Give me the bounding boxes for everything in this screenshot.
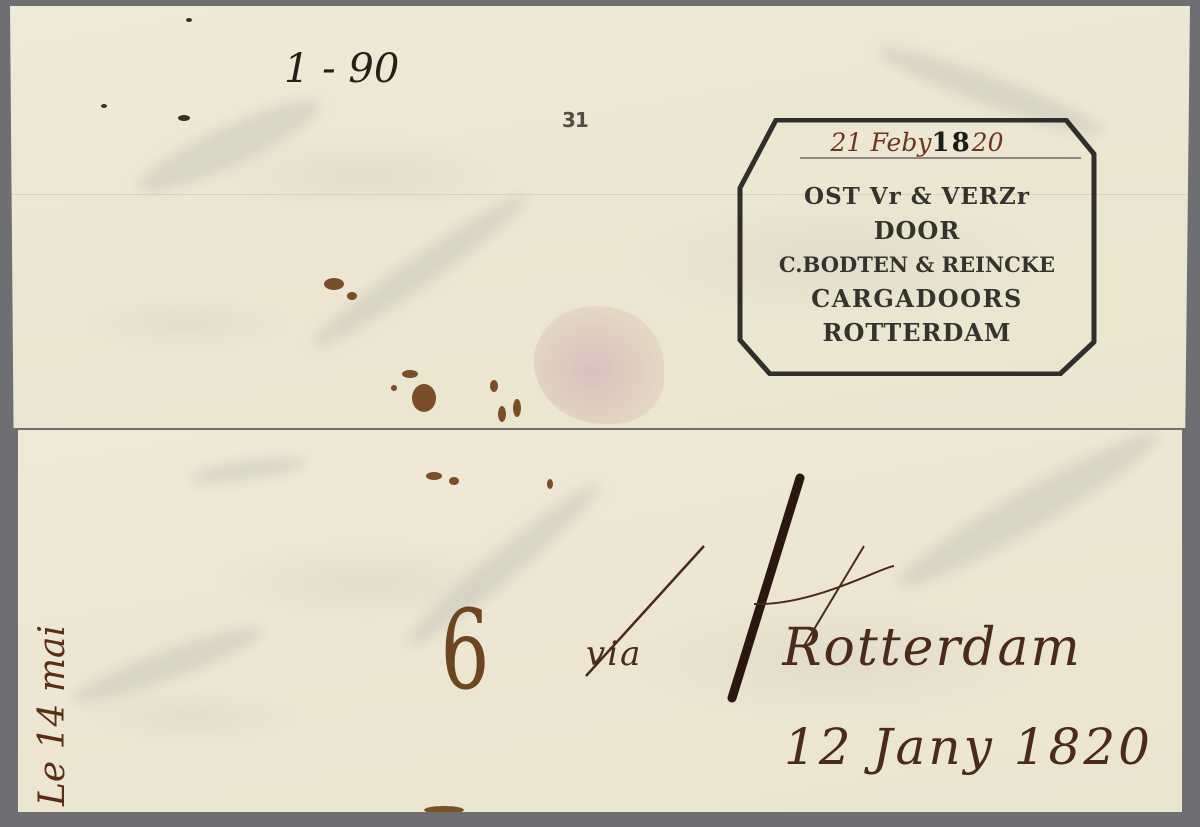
routing-city: Rotterdam xyxy=(782,618,1081,678)
routing-prefix: via xyxy=(586,634,642,674)
cachet-line: CARGADOORS xyxy=(736,282,1098,316)
docketing-note: Le 14 mai xyxy=(32,625,73,806)
manuscript-date: 12 Jany 1820 xyxy=(784,718,1153,776)
cachet-date: 21 Feby1820 xyxy=(736,128,1098,158)
forwarding-agent-cachet: 21 Feby1820 OST Vr & VERZr DOOR C.BODTEN… xyxy=(736,118,1098,376)
cachet-text: OST Vr & VERZr DOOR C.BODTEN & REINCKE C… xyxy=(736,180,1098,350)
folded-letter: 1 - 90 31 21 Feby1820 OST Vr & VERZr DOO… xyxy=(14,6,1186,812)
cachet-date-day: 21 xyxy=(831,128,863,157)
cachet-line: DOOR xyxy=(736,214,1098,248)
cachet-line: ROTTERDAM xyxy=(736,316,1098,350)
cachet-line: OST Vr & VERZr xyxy=(736,180,1098,214)
cachet-line: C.BODTEN & REINCKE xyxy=(736,248,1098,282)
routing-instruction: viaRotterdam xyxy=(586,618,1082,678)
cachet-date-year-hand: 20 xyxy=(972,128,1004,157)
cachet-date-year-printed: 18 xyxy=(931,128,971,158)
cachet-date-month: Feby xyxy=(871,128,932,157)
